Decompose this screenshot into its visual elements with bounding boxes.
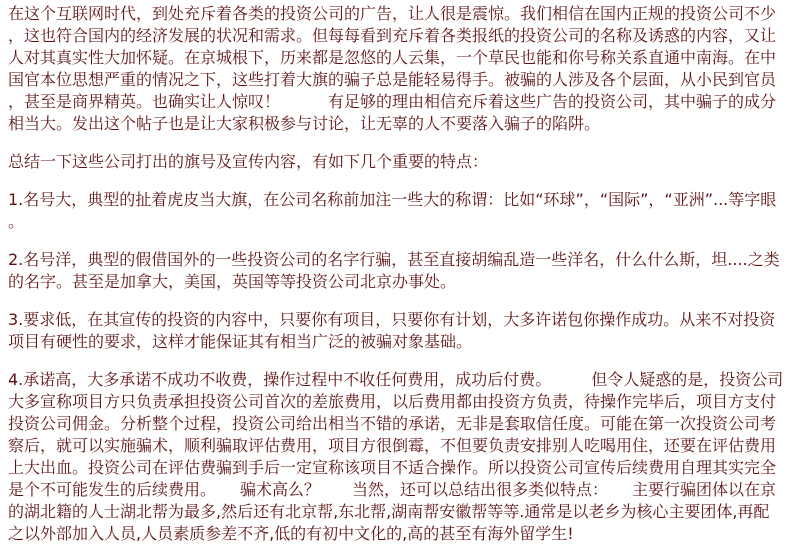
paragraph-point-1: 1.名号大，典型的扯着虎皮当大旗，在公司名称前加注一些大的称谓：比如“环球”，“… xyxy=(8,189,784,233)
paragraph-summary-lead: 总结一下这些公司打出的旗号及宣传内容，有如下几个重要的特点： xyxy=(8,151,784,173)
paragraph-point-2: 2.名号洋，典型的假借国外的一些投资公司的名字行骗，甚至直接胡编乱造一些洋名，什… xyxy=(8,249,784,293)
paragraph-point-4: 4.承诺高，大多承诺不成功不收费，操作过程中不收任何费用，成功后付费。 但令人疑… xyxy=(8,369,784,545)
paragraph-point-3: 3.要求低，在其宣传的投资的内容中，只要你有项目，只要你有计划，大多许诺包你操作… xyxy=(8,309,784,353)
article-body: 在这个互联网时代，到处充斥着各类的投资公司的广告，让人很是震惊。我们相信在国内正… xyxy=(0,0,788,545)
paragraph-intro: 在这个互联网时代，到处充斥着各类的投资公司的广告，让人很是震惊。我们相信在国内正… xyxy=(8,3,784,135)
